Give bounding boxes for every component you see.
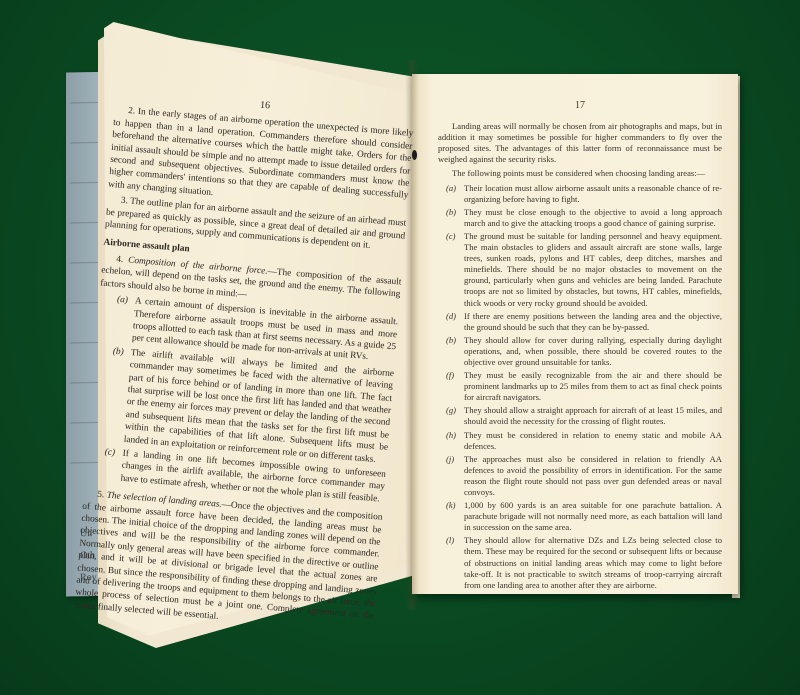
item-label: (d) [438, 311, 464, 333]
item-text: 1,000 by 600 yards is an area suitable f… [464, 500, 722, 533]
item-label: (a) [96, 292, 136, 344]
list-item: (d)If there are enemy positions between … [438, 311, 722, 333]
page-number: 17 [438, 100, 722, 111]
list-item: (j)The approaches must also be considere… [438, 454, 722, 498]
item-text: They should allow a straight approach fo… [464, 405, 722, 427]
item-label: (a) [438, 183, 464, 205]
item-label: (b) [438, 335, 464, 368]
list-item: (b)They must be close enough to the obje… [438, 207, 722, 229]
item-label: (l) [438, 535, 464, 590]
paragraph-body: —Once the objectives and the composition… [74, 500, 383, 622]
item-label: (b) [438, 207, 464, 229]
list-item: (b)They should allow for cover during ra… [438, 335, 722, 368]
list-item: (f)They must be easily recognizable from… [438, 370, 722, 403]
item-text: The airlift available will always be lim… [123, 347, 394, 467]
item-label: (f) [438, 370, 464, 403]
item-text: They should allow for cover during rally… [464, 335, 722, 368]
list-item: (g)They should allow a straight approach… [438, 405, 722, 427]
item-label: (j) [438, 454, 464, 498]
item-text: The approaches must also be considered i… [464, 454, 722, 498]
item-text: The ground must be suitable for landing … [464, 231, 722, 309]
item-text: They must be easily recognizable from th… [464, 370, 722, 403]
list-item: (k)1,000 by 600 yards is an area suitabl… [438, 500, 722, 533]
item-text: They should allow for alternative DZs an… [464, 535, 722, 590]
list-item: (h)They must be considered in relation t… [438, 430, 722, 452]
item-label: (c) [438, 231, 464, 309]
list-item: (c)The ground must be suitable for landi… [438, 231, 722, 309]
paragraph-number: 4. [116, 254, 124, 265]
paragraph-5: 5. The selection of landing areas.—Once … [74, 488, 383, 636]
list-item: (l)They should allow for alternative DZs… [438, 535, 722, 590]
intro-paragraph: Landing areas will normally be chosen fr… [438, 121, 722, 165]
item-label: (h) [438, 430, 464, 452]
item-text: They must be considered in relation to e… [464, 430, 722, 452]
paragraph-number: 5. [97, 490, 105, 501]
list-item: (a)Their location must allow airborne as… [438, 183, 722, 205]
item-text: If there are enemy positions between the… [464, 311, 722, 333]
intro-paragraph: The following points must be considered … [438, 168, 722, 179]
item-text: They must be close enough to the objecti… [464, 207, 722, 229]
item-label: (g) [438, 405, 464, 427]
binding-staple [412, 150, 417, 160]
item-label: (c) [84, 445, 123, 485]
item-text: Their location must allow airborne assau… [464, 183, 722, 205]
left-page-text: 16 2. In the early stages of an airborne… [74, 88, 415, 639]
right-page-text: 17 Landing areas will normally be chosen… [438, 100, 722, 593]
item-label: (k) [438, 500, 464, 533]
